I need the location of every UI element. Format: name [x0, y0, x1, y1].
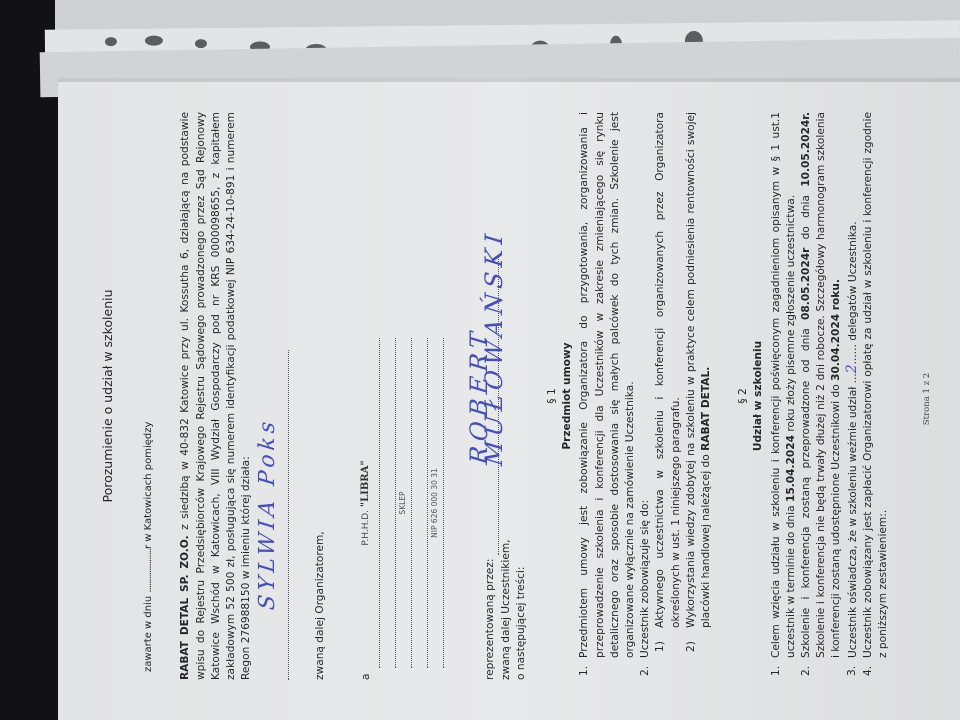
section-2-item: 4. Uczestnik zobowiązany jest zapłacić O… [861, 112, 891, 680]
represented-by-label: reprezentowaną przez: [483, 559, 498, 680]
organizer-company: RABAT DETAL SP. ZO.O. [179, 535, 191, 680]
organizer-paragraph: RABAT DETAL SP. ZO.O. z siedzibą w 40-83… [178, 112, 254, 680]
represented-by-row: reprezentowaną przez: ROBERT MUŁOWAŃSKI [482, 112, 499, 680]
stamp-line-3: SKLEP [396, 338, 412, 668]
represented-by-line: ROBERT MUŁOWAŃSKI [482, 255, 499, 555]
section-1-item: 2. Uczestnik zobowiązuje się do: 1) Akty… [638, 112, 714, 680]
stamp-line-4 [412, 338, 428, 668]
date-blank: .................... [143, 549, 154, 593]
section-2-item: 3. Uczestnik oświadcza, że w szkoleniu w… [845, 112, 861, 680]
participant-handwritten-name: ROBERT MUŁOWAŃSKI [472, 227, 502, 466]
dated-suffix: r w Katowicach pomiędzy [143, 422, 154, 549]
section-2-title: Udział w szkoleniu [751, 112, 766, 680]
section-1-item: 1. Przedmiotem umowy jest zobowiązanie O… [577, 112, 638, 680]
section-1-sublist: 1) Aktywnego uczestnictwa w szkoleniu i … [653, 112, 714, 658]
section-1-subitem: 2) Wykorzystania wiedzy zdobytej na szko… [684, 112, 714, 630]
organizer-label: zwaną dalej Organizatorem, [313, 112, 328, 680]
stamp-line-2 [380, 338, 396, 668]
page-number: Strona 1 z 2 [920, 78, 935, 720]
section-1-list: 1. Przedmiotem umowy jest zobowiązanie O… [577, 112, 714, 680]
document-page: Porozumienie o udział w szkoleniu zawart… [58, 78, 960, 720]
company-stamp: P.H.H.D. "LIBRA" SKLEP NIP 626 000 30 31 [359, 338, 444, 668]
punch-hole [195, 39, 207, 48]
participant-stamp-block: a P.H.H.D. "LIBRA" SKLEP NIP 626 000 30 … [359, 112, 444, 680]
delegates-count-handwritten: 2 [844, 364, 860, 373]
organizer-signature-line: SYLWIA Poks [258, 350, 289, 680]
dated-line: zawarte w dniu ....................r w K… [141, 112, 156, 680]
content-intro: o następującej treści: [514, 112, 529, 680]
dated-prefix: zawarte w dniu [143, 596, 154, 672]
section-1-title: Przedmiot umowy [560, 112, 575, 680]
punch-hole [145, 36, 163, 46]
section-2-item: 1. Celem wzięcia udziału w szkoleniu i k… [769, 112, 799, 680]
section-2-list: 1. Celem wzięcia udziału w szkoleniu i k… [769, 112, 892, 680]
section-2-heading: § 2 [736, 112, 751, 680]
document-title: Porozumienie o udział w szkoleniu [100, 112, 115, 680]
section-2-item: 2. Szkolenie i konferencja zostaną przep… [799, 112, 845, 680]
section-1-subitem: 1) Aktywnego uczestnictwa w szkoleniu i … [653, 112, 683, 630]
organizer-handwritten-name: SYLWIA Poks [260, 417, 275, 611]
section-1-heading: § 1 [545, 112, 560, 680]
stamp-line-1: P.H.H.D. "LIBRA" [359, 338, 380, 668]
agreement-page: Porozumienie o udział w szkoleniu zawart… [58, 78, 960, 720]
participant-prefix: a [359, 668, 444, 680]
stamp-line-5: NIP 626 000 30 31 [428, 338, 444, 668]
punch-hole [105, 37, 117, 46]
